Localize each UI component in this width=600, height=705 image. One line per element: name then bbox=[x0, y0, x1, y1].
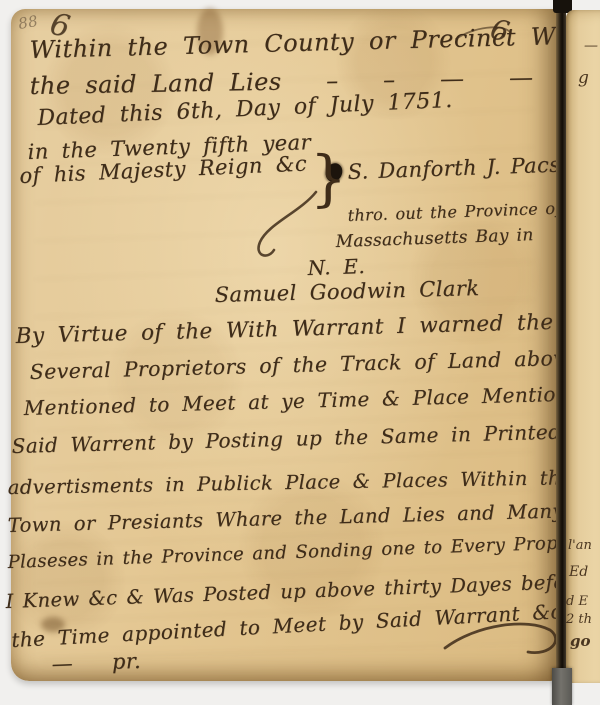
next-page-fragment: d E bbox=[566, 594, 588, 609]
manuscript-line: Mentioned to Meet at ye Time & Place Men… bbox=[23, 380, 600, 420]
manuscript-line: Within the Town County or Precinct Where bbox=[29, 21, 600, 64]
next-page-sliver: — g l'an Ed d E 2 th go bbox=[566, 10, 600, 683]
next-page-fragment: 2 th bbox=[566, 612, 592, 627]
manuscript-line: — pr. bbox=[51, 649, 141, 676]
manuscript-line: Said Warrent by Posting up the Same in P… bbox=[11, 419, 584, 458]
next-page-fragment: — bbox=[584, 38, 598, 54]
manuscript-page: 88 6 6 Within the Town County or Precinc… bbox=[11, 9, 558, 681]
manuscript-line: advertisments in Publick Place & Places … bbox=[8, 466, 573, 499]
attestation-signature: S. Danforth J. Pacs. bbox=[347, 152, 568, 184]
clerk-signature: Samuel Goodwin Clark bbox=[214, 276, 479, 307]
attestation-line: Massachusetts Bay in bbox=[335, 225, 534, 252]
attestation-line: N. E. bbox=[307, 254, 365, 280]
manuscript-line: Town or Presiants Whare the Land Lies an… bbox=[7, 499, 564, 537]
next-page-fragment: Ed bbox=[569, 564, 588, 580]
manuscript-line: Several Proprietors of the Track of Land… bbox=[29, 346, 578, 384]
manuscript-scan: 88 6 6 Within the Town County or Precinc… bbox=[0, 0, 600, 705]
next-page-fragment: go bbox=[570, 632, 591, 650]
bookmark-strap bbox=[552, 668, 572, 705]
manuscript-line: By Virtue of the With Warrant I warned t… bbox=[15, 310, 553, 349]
flourish-brace: } bbox=[310, 142, 347, 213]
manuscript-line: Plaseses in the Province and Sonding one… bbox=[7, 531, 600, 573]
next-page-fragment: l'an bbox=[568, 538, 592, 553]
book-gutter bbox=[556, 0, 566, 687]
folio-number: 88 bbox=[17, 12, 40, 33]
next-page-fragment: g bbox=[578, 68, 589, 88]
